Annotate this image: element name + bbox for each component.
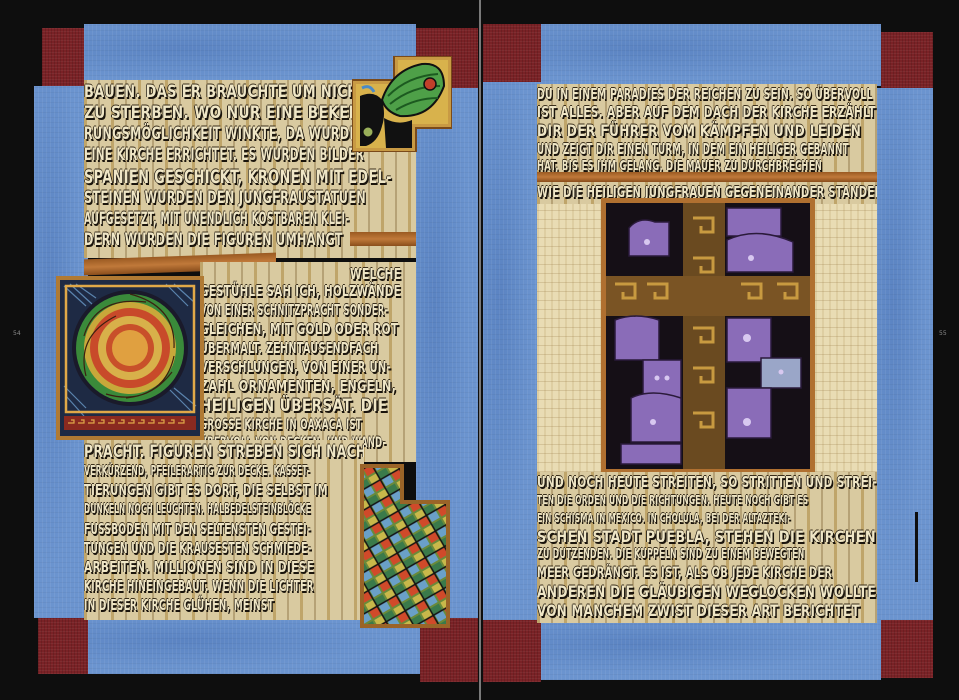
border-left xyxy=(483,82,541,620)
aztec-glyph-panel xyxy=(601,198,815,474)
text-line: SCHEN STADT PUEBLA, STEHEN DIE KIRCHEN xyxy=(537,527,809,546)
text-block-bottom: UND NOCH HEUTE STREITEN, SO STRITTEN UND… xyxy=(537,472,877,623)
right-page: DU IN EINEM PARADIES DER REICHEN ZU SEIN… xyxy=(481,0,959,700)
text-line: WELCHE xyxy=(350,266,396,282)
text-line: PRACHT. FIGUREN STREBEN SICH NACH OBEN xyxy=(84,442,286,462)
text-line: TIERUNGEN GIBT ES DORT, DIE SELBST IM xyxy=(84,481,269,500)
corner-top-right xyxy=(881,32,933,90)
text-line: SPANIEN GESCHICKT, KRONEN MIT EDEL- xyxy=(84,166,310,188)
text-line: BAUEN. DAS ER BRAUCHTE UM NICHT xyxy=(84,82,336,103)
text-line: VON EINER SCHNITZPRACHT SONDER- xyxy=(200,301,321,320)
text-line: UND NOCH HEUTE STREITEN, SO STRITTEN UND… xyxy=(537,473,775,491)
text-line: GESTÜHLE SAH ICH, HOLZWÄNDE xyxy=(200,282,347,301)
text-line: DIR DER FÜHRER VOM KÄMPFEN UND LEIDEN xyxy=(537,121,795,140)
border-bottom xyxy=(541,620,881,680)
text-line: AUFGESETZT, MIT UNENDLICH KOSTBAREN KLEI… xyxy=(84,209,267,230)
text-line: KIRCHE HINEINGEBAUT. WENN DIE LICHTER xyxy=(84,577,252,596)
text-line: ANDEREN DIE GLÄUBIGEN WEGLOCKEN WOLLTE. xyxy=(537,582,795,601)
text-line: STEINEN WURDEN DEN JUNGFRAUSTATUEN xyxy=(84,188,303,209)
stained-glass-mosaic-illumination xyxy=(358,462,452,630)
text-block-middle: WELCHE GESTÜHLE SAH ICH, HOLZWÄNDE VON E… xyxy=(200,262,416,462)
text-line: GLEICHEN, MIT GOLD ODER ROT xyxy=(200,320,351,339)
page-tear xyxy=(915,512,918,582)
mosaic-icon xyxy=(358,462,452,630)
text-line: DERN WURDEN DIE FIGUREN UMHANGT xyxy=(84,230,303,251)
text-line: HEILIGEN ÜBERSÄT. DIE xyxy=(200,396,373,416)
text-line: VERKÜRZEND, PFEILERARTIG ZUR DECKE. KASS… xyxy=(84,462,246,481)
corner-bottom-left xyxy=(483,620,541,682)
page-number-right: 55 xyxy=(939,330,947,337)
aztec-glyph-icon xyxy=(601,198,815,474)
page-number-left: 54 xyxy=(13,330,21,337)
text-line: EINE KIRCHE ERRICHTET. ES WURDEN BILDER xyxy=(84,145,290,166)
text-line: TUNGEN UND DIE KRAUSESTEN SCHMIEDE- xyxy=(84,539,252,558)
mask-profile-icon xyxy=(352,56,452,152)
text-line: DU IN EINEM PARADIES DER REICHEN ZU SEIN… xyxy=(537,85,748,103)
papyrus-panel-right xyxy=(815,204,877,472)
mask-profile-illumination xyxy=(352,56,452,152)
text-line: RUNGSMÖGLICHKEIT WINKTE, DA WURDE xyxy=(84,124,303,145)
text-line: ZU DUTZENDEN. DIE KUPPELN SIND ZU EINEM … xyxy=(537,546,741,564)
corner-top-left xyxy=(483,24,543,84)
corner-bottom-right xyxy=(879,620,933,678)
text-line: GROSSE KIRCHE IN OAXACA IST xyxy=(200,416,334,434)
text-line: ARBEITEN. MILLIONEN SIND IN DIESE xyxy=(84,558,280,577)
text-line: ZAHL ORNAMENTEN, ENGELN, xyxy=(200,377,360,396)
text-line: IST ALLES. ABER AUF DEM DACH DER KIRCHE … xyxy=(537,103,775,121)
spiral-rosette-icon xyxy=(56,276,204,440)
left-page: BAUEN. DAS ER BRAUCHTE UM NICHT ZU STERB… xyxy=(0,0,479,700)
text-line: FUSSBODEN MIT DEN SELTENSTEN GESTEI- xyxy=(84,519,252,539)
text-block-top: DU IN EINEM PARADIES DER REICHEN ZU SEIN… xyxy=(537,84,877,179)
text-line: IN DIESER KIRCHE GLÜHEN, MEINST xyxy=(84,596,252,615)
corner-top-left xyxy=(42,28,84,86)
text-line: TEN DIE ORDEN UND DIE RICHTUNGEN. HEUTE … xyxy=(537,491,748,509)
corner-bottom-left xyxy=(38,618,88,674)
text-line: VERSCHLUNGEN, VON EINER UN- xyxy=(200,358,343,377)
spiral-rosette-illumination xyxy=(56,276,204,440)
text-line: DUNKELN NOCH LEUCHTEN. HALBEDELSTEINBLÖC… xyxy=(84,500,241,519)
copper-band xyxy=(537,172,877,182)
text-line: UND ZEIGT DIR EINEN TURM, IN DEM EIN HEI… xyxy=(537,140,734,158)
text-line: ÜBERMALT. ZEHNTAUSENDFACH xyxy=(200,339,338,358)
text-line: EIN SCHISMA IN MEXICO. IN CHOLULA, BEI D… xyxy=(537,509,741,527)
text-line: VON MANCHEM ZWIST DIESER ART BERICHTET xyxy=(537,601,789,620)
copper-band xyxy=(350,232,416,246)
text-line: MEER GEDRÄNGT. ES IST, ALS OB JEDE KIRCH… xyxy=(537,564,775,582)
papyrus-panel-left xyxy=(537,204,603,472)
border-top xyxy=(541,24,881,86)
text-line: ZU STERBEN. WO NUR EINE BEKEH- xyxy=(84,103,350,124)
text-block-bottom: PRACHT. FIGUREN STREBEN SICH NACH OBEN V… xyxy=(84,440,364,620)
border-right xyxy=(877,88,933,620)
